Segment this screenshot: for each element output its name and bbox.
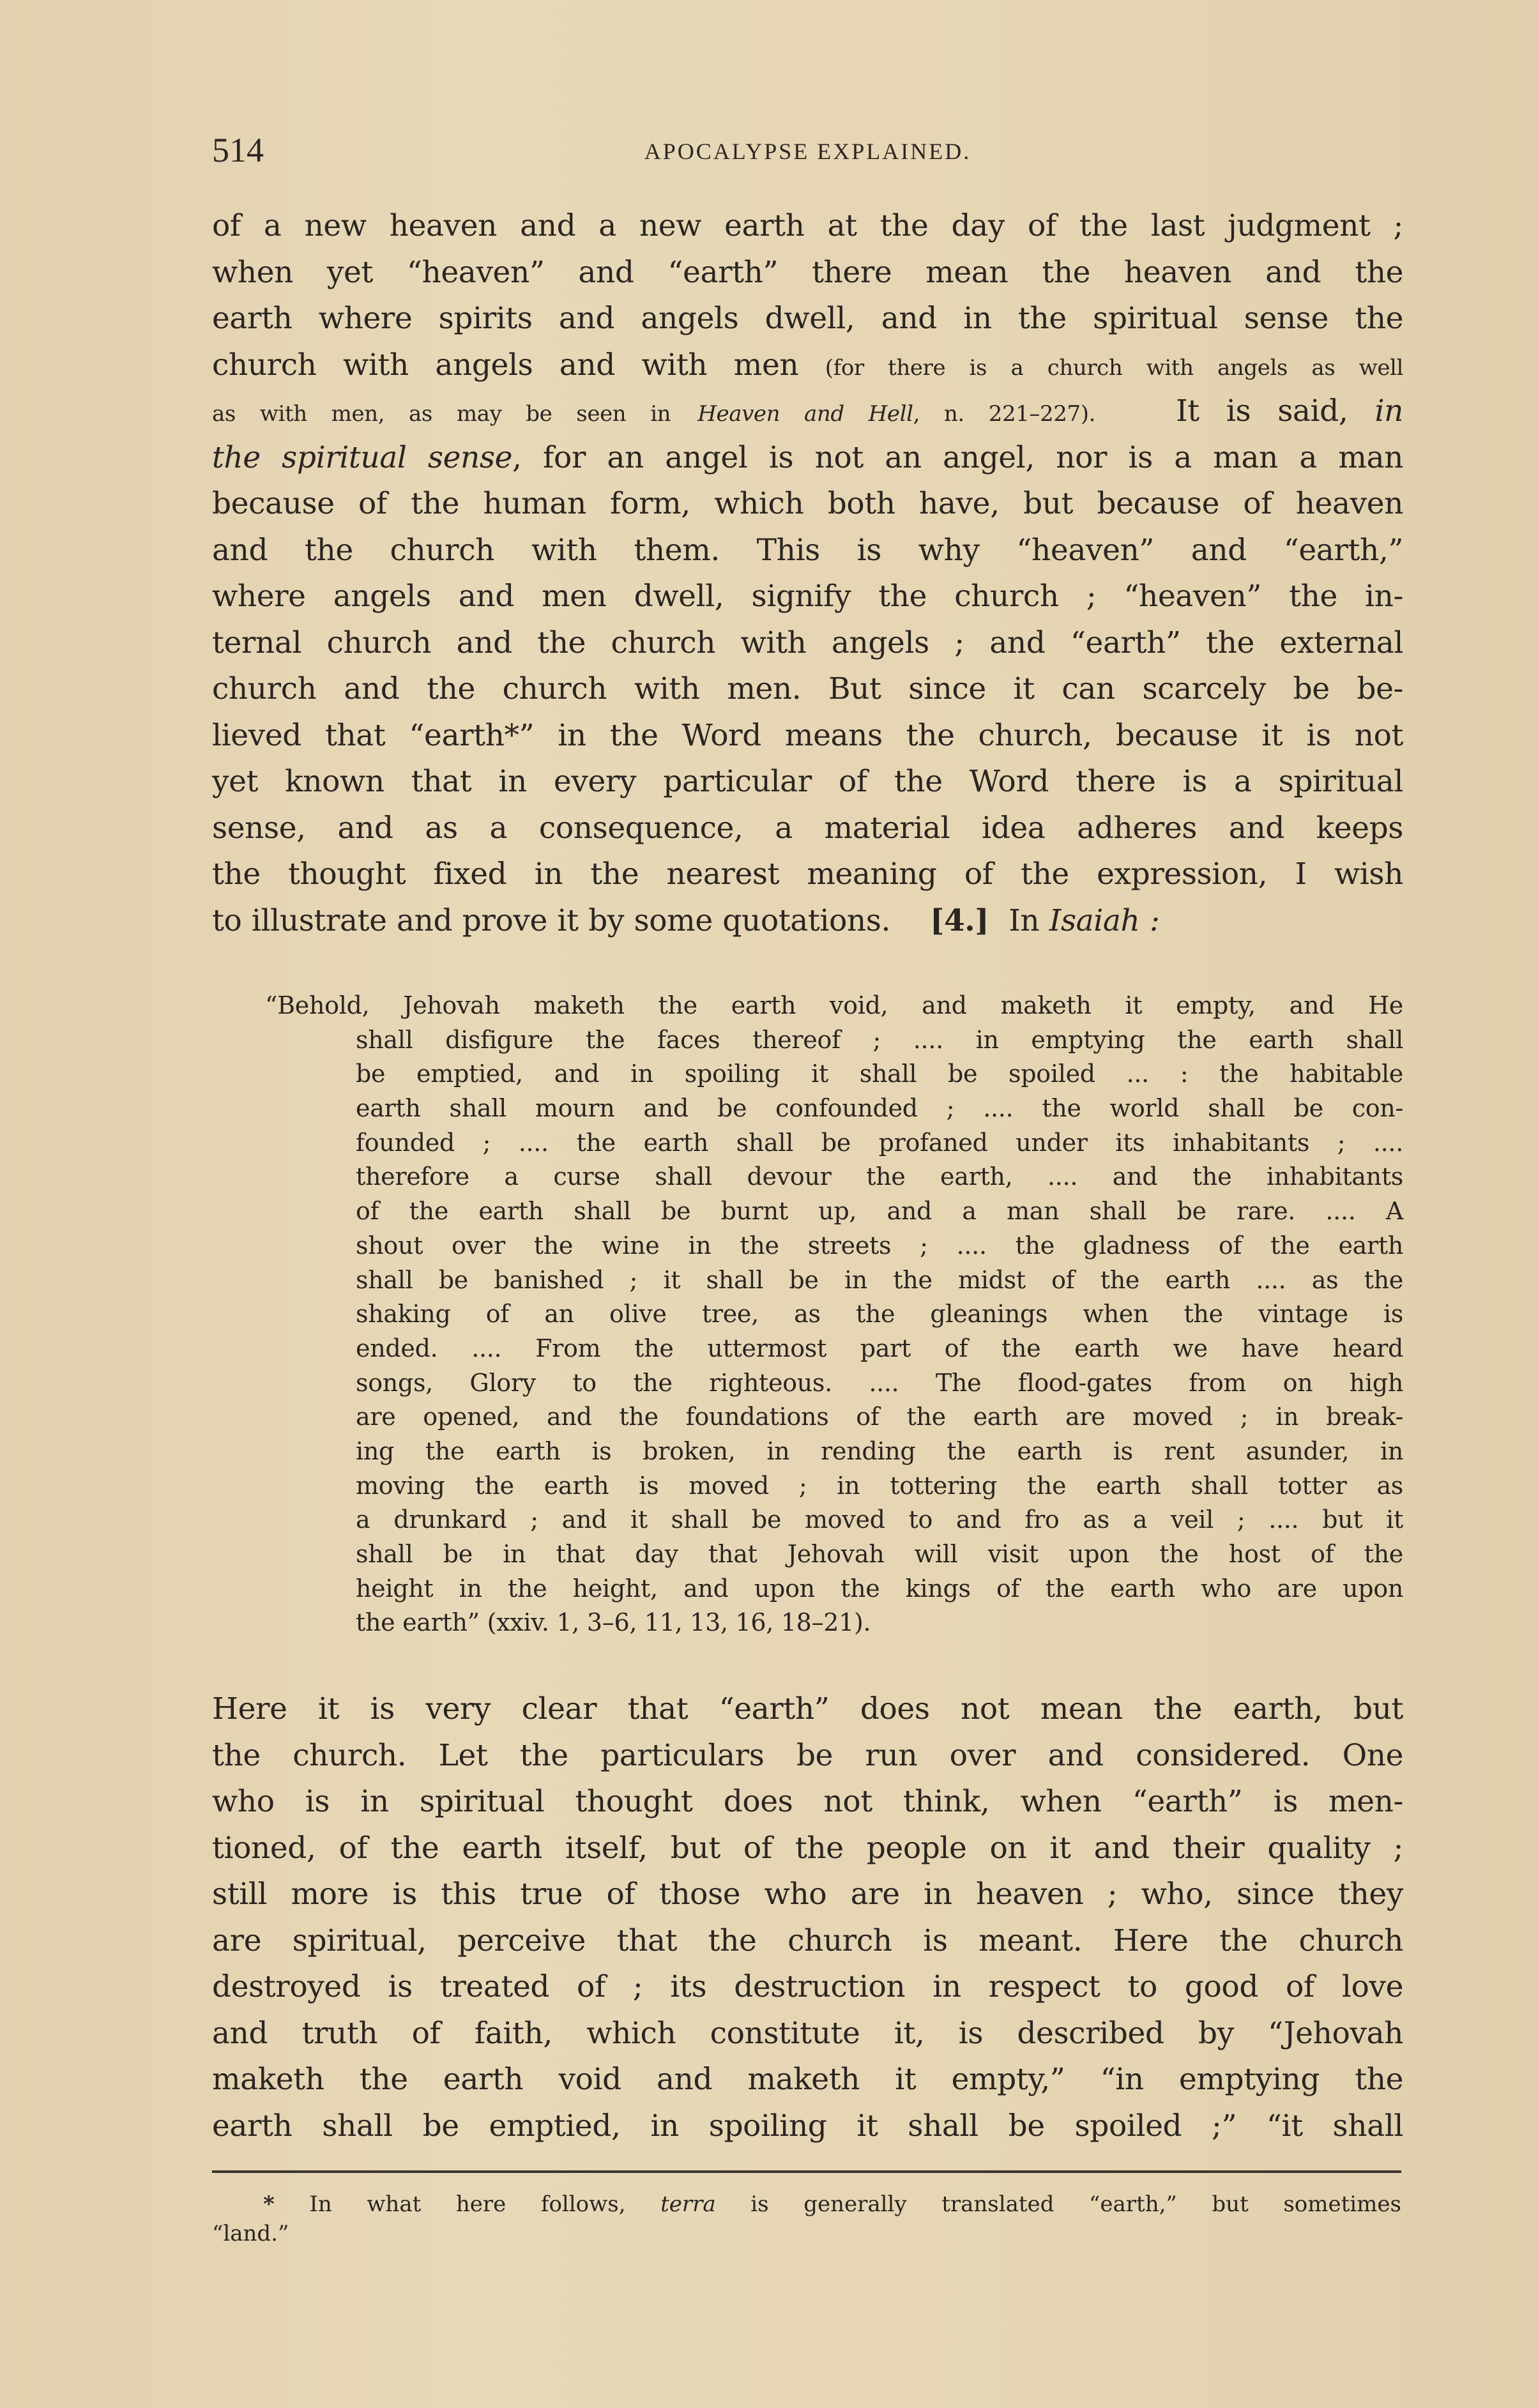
- text-line: ternal church and the church with angels…: [212, 620, 1403, 667]
- text-line: as with men, as may be seen in Heaven an…: [212, 388, 1403, 435]
- footnote: * In what here follows, terra is general…: [212, 2190, 1401, 2248]
- text-span: In: [1009, 903, 1039, 938]
- book-reference: Heaven and Hell: [697, 401, 913, 427]
- running-head: 514 APOCALYPSE EXPLAINED.: [212, 131, 1403, 169]
- text-line: who is in spiritual thought does not thi…: [212, 1779, 1403, 1825]
- reference-numbers: , n. 221–227).: [913, 401, 1095, 427]
- text-line: maketh the earth void and maketh it empt…: [212, 2057, 1403, 2103]
- quote-line: shout over the wine in the streets ; ...…: [265, 1229, 1403, 1263]
- text-line: of a new heaven and a new earth at the d…: [212, 203, 1403, 250]
- quote-line: the earth” (xxiv. 1, 3–6, 11, 13, 16, 18…: [265, 1606, 1403, 1640]
- footnote-line: * In what here follows, terra is general…: [212, 2190, 1401, 2219]
- quote-line: shaking of an olive tree, as the gleanin…: [265, 1297, 1403, 1332]
- text-line: the spiritual sense, for an angel is not…: [212, 435, 1403, 482]
- quote-line: are opened, and the foundations of the e…: [265, 1400, 1403, 1435]
- text-line: destroyed is treated of ; its destructio…: [212, 1964, 1403, 2011]
- footnote-text: In what here follows,: [309, 2191, 625, 2217]
- text-line: church and the church with men. But sinc…: [212, 666, 1403, 713]
- text-line: yet known that in every particular of th…: [212, 759, 1403, 805]
- quote-line: height in the height, and upon the kings…: [265, 1572, 1403, 1606]
- scripture-quotation: “Behold, Jehovah maketh the earth void, …: [265, 989, 1403, 1640]
- latin-term: terra: [660, 2191, 716, 2217]
- text-line: earth shall be emptied, in spoiling it s…: [212, 2103, 1403, 2150]
- quote-line: shall be banished ; it shall be in the m…: [265, 1263, 1403, 1298]
- footnote-divider: [212, 2170, 1401, 2173]
- text-line: to illustrate and prove it by some quota…: [212, 898, 1403, 945]
- running-title: APOCALYPSE EXPLAINED.: [212, 139, 1403, 164]
- footnote-marker: *: [263, 2191, 275, 2217]
- text-line: when yet “heaven” and “earth” there mean…: [212, 250, 1403, 296]
- quote-line: of the earth shall be burnt up, and a ma…: [265, 1194, 1403, 1229]
- paragraph-2: Here it is very clear that “earth” does …: [212, 1686, 1403, 2149]
- text-line: Here it is very clear that “earth” does …: [212, 1686, 1403, 1733]
- text-span: to illustrate and prove it by some quota…: [212, 903, 890, 938]
- emphasis-text: in: [1374, 393, 1403, 429]
- text-line: and the church with them. This is why “h…: [212, 528, 1403, 574]
- footnote-text: is generally translated “earth,” but som…: [750, 2191, 1401, 2217]
- text-line: the church. Let the particulars be run o…: [212, 1733, 1403, 1779]
- paragraph-1: of a new heaven and a new earth at the d…: [212, 203, 1403, 944]
- book-page: 514 APOCALYPSE EXPLAINED. of a new heave…: [0, 0, 1538, 2408]
- text-span: It is said,: [1176, 393, 1348, 429]
- text-line: sense, and as a consequence, a material …: [212, 805, 1403, 852]
- text-line: tioned, of the earth itself, but of the …: [212, 1825, 1403, 1872]
- quote-line: moving the earth is moved ; in tottering…: [265, 1469, 1403, 1504]
- text-line: where angels and men dwell, signify the …: [212, 574, 1403, 620]
- parenthetical-note: as with men, as may be seen in: [212, 401, 671, 427]
- quote-line: songs, Glory to the righteous. .... The …: [265, 1366, 1403, 1401]
- text-line: and truth of faith, which constitute it,…: [212, 2011, 1403, 2057]
- parenthetical-note: (for there is a church with angels as we…: [825, 355, 1403, 381]
- book-reference: Isaiah :: [1049, 903, 1160, 938]
- quote-line: ended. .... From the uttermost part of t…: [265, 1332, 1403, 1366]
- quote-line: a drunkard ; and it shall be moved to an…: [265, 1503, 1403, 1537]
- quote-line: shall be in that day that Jehovah will v…: [265, 1537, 1403, 1572]
- quote-line: earth shall mourn and be confounded ; ..…: [265, 1092, 1403, 1126]
- quote-line: ing the earth is broken, in rending the …: [265, 1435, 1403, 1469]
- text-line: lieved that “earth*” in the Word means t…: [212, 713, 1403, 759]
- quote-line: “Behold, Jehovah maketh the earth void, …: [265, 989, 1403, 1023]
- text-line: because of the human form, which both ha…: [212, 481, 1403, 528]
- text-line: the thought fixed in the nearest meaning…: [212, 851, 1403, 898]
- text-line: earth where spirits and angels dwell, an…: [212, 296, 1403, 342]
- text-span: church with angels and with men: [212, 347, 798, 383]
- text-line: still more is this true of those who are…: [212, 1871, 1403, 1918]
- quote-line: be emptied, and in spoiling it shall be …: [265, 1057, 1403, 1092]
- emphasis-text: the spiritual sense: [212, 440, 512, 475]
- quote-line: therefore a curse shall devour the earth…: [265, 1160, 1403, 1194]
- text-span: , for an angel is not an angel, nor is a…: [512, 440, 1403, 475]
- text-line: are spiritual, perceive that the church …: [212, 1918, 1403, 1965]
- quote-line: shall disfigure the faces thereof ; ....…: [265, 1023, 1403, 1058]
- text-line: church with angels and with men (for the…: [212, 342, 1403, 389]
- section-marker: [4.]: [930, 903, 989, 938]
- footnote-line: “land.”: [212, 2219, 1401, 2248]
- quote-line: founded ; .... the earth shall be profan…: [265, 1126, 1403, 1161]
